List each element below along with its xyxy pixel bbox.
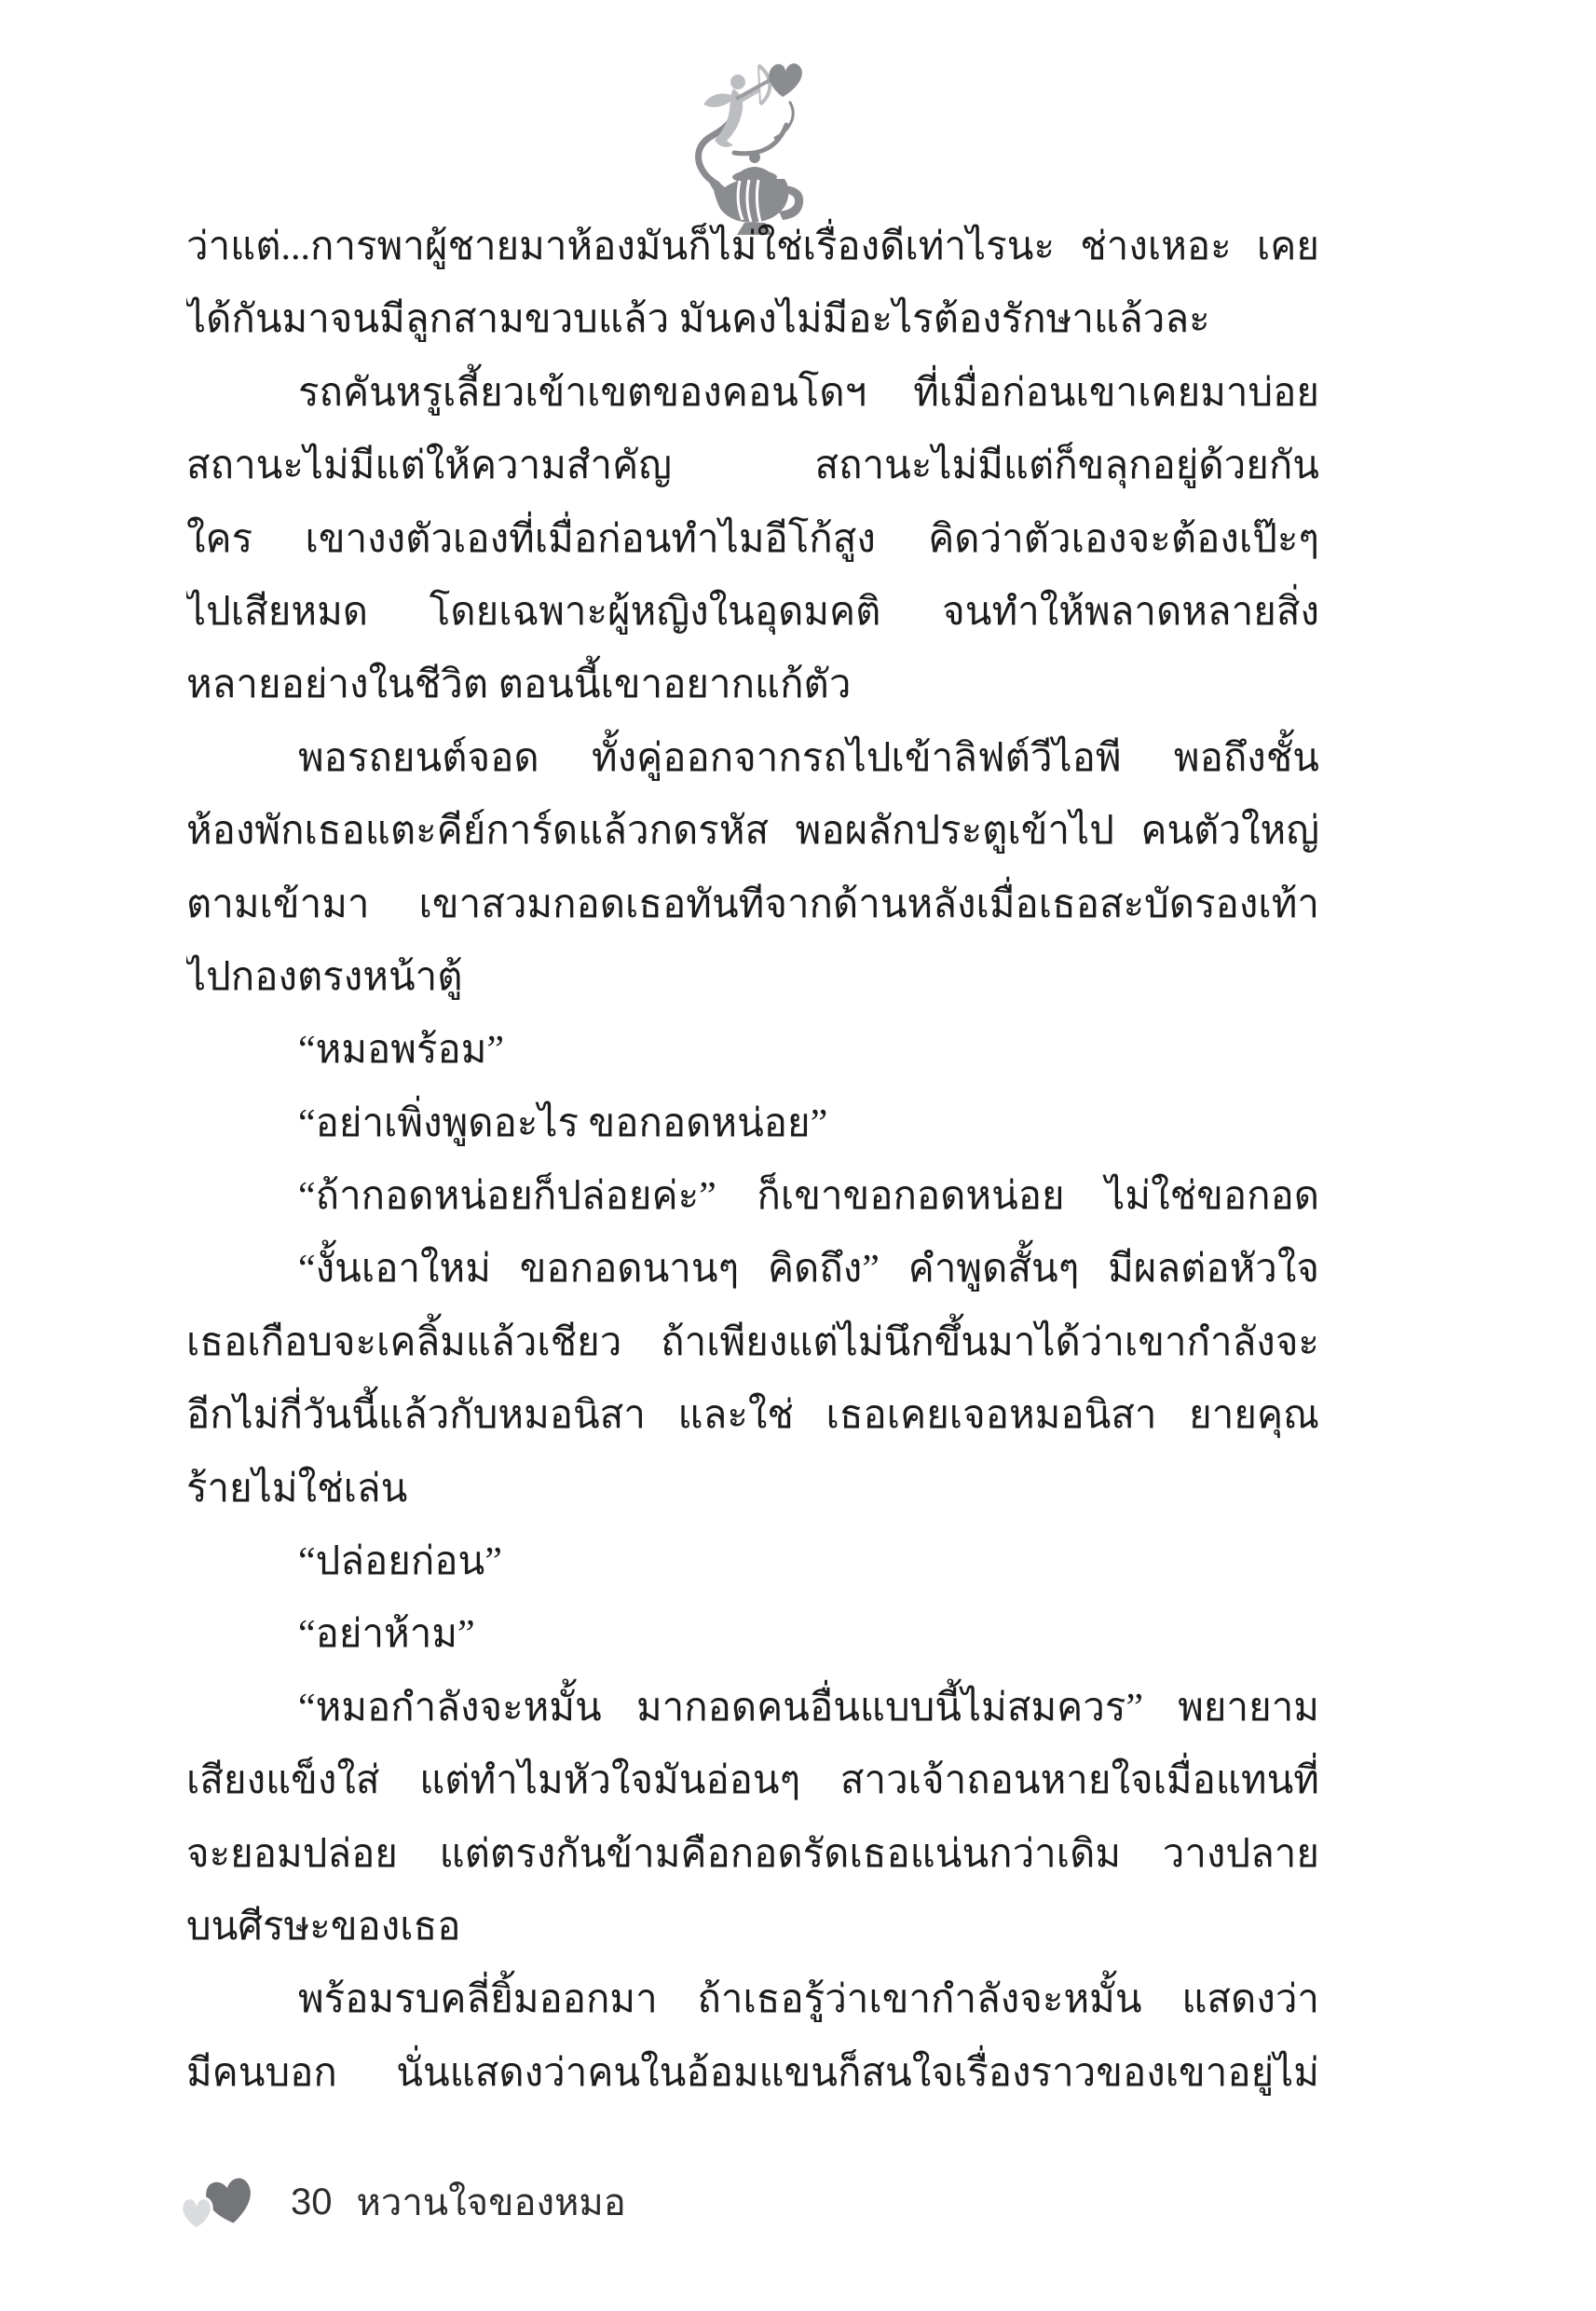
- page-number: 30: [291, 2181, 333, 2223]
- text-line: รถคันหรูเลี้ยวเข้าเขตของคอนโดฯ ที่เมื่อก…: [186, 357, 1319, 430]
- text-line: ห้องพักเธอแตะคีย์การ์ดแล้วกดรหัส พอผลักป…: [186, 795, 1319, 868]
- small-heart-icon: [182, 2198, 211, 2229]
- text-line: “อย่าห้าม”: [186, 1598, 1319, 1671]
- book-title: หวานใจของหมอ: [357, 2172, 626, 2232]
- text-line: พร้อมรบคลี่ยิ้มออกมา ถ้าเธอรู้ว่าเขากำลั…: [186, 1963, 1319, 2036]
- book-page: ว่าแต่...การพาผู้ชายมาห้องมันก็ไม่ใช่เรื…: [0, 0, 1596, 2311]
- text-line: จะยอมปล่อย แต่ตรงกันข้ามคือกอดรัดเธอแน่น…: [186, 1818, 1319, 1891]
- text-line: “หมอพร้อม”: [186, 1014, 1319, 1087]
- text-line: สถานะไม่มีแต่ให้ความสำคัญ สถานะไม่มีแต่ก…: [186, 430, 1319, 502]
- heart-icon: [769, 63, 801, 97]
- text-line: ได้กันมาจนมีลูกสามขวบแล้ว มันคงไม่มีอะไร…: [186, 283, 1319, 356]
- text-line: เธอเกือบจะเคลิ้มแล้วเชียว ถ้าเพียงแต่ไม่…: [186, 1306, 1319, 1379]
- text-line: ร้ายไม่ใช่เล่น: [186, 1453, 1319, 1525]
- text-line: อีกไม่กี่วันนี้แล้วกับหมอนิสา และใช่ เธอ…: [186, 1379, 1319, 1452]
- text-line: “อย่าเพิ่งพูดอะไร ขอกอดหน่อย”: [186, 1087, 1319, 1160]
- text-line: ตามเข้ามา เขาสวมกอดเธอทันทีจากด้านหลังเม…: [186, 868, 1319, 941]
- text-line: “ถ้ากอดหน่อยก็ปล่อยค่ะ” ก็เขาขอกอดหน่อย …: [186, 1160, 1319, 1233]
- text-line: เสียงแข็งใส่ แต่ทำไมหัวใจมันอ่อนๆ สาวเจ้…: [186, 1744, 1319, 1817]
- big-heart-icon: [204, 2177, 255, 2227]
- text-line: ว่าแต่...การพาผู้ชายมาห้องมันก็ไม่ใช่เรื…: [186, 211, 1319, 283]
- page-footer: 30 หวานใจของหมอ: [177, 2171, 626, 2233]
- text-line: ไปเสียหมด โดยเฉพาะผู้หญิงในอุดมคติ จนทำใ…: [186, 576, 1319, 649]
- body-text: ว่าแต่...การพาผู้ชายมาห้องมันก็ไม่ใช่เรื…: [186, 211, 1319, 2110]
- text-line: ใคร เขางงตัวเองที่เมื่อก่อนทำไมอีโก้สูง …: [186, 503, 1319, 576]
- text-line: พอรถยนต์จอด ทั้งคู่ออกจากรถไปเข้าลิฟต์วี…: [186, 722, 1319, 795]
- text-line: ไปกองตรงหน้าตู้: [186, 941, 1319, 1014]
- text-line: “ปล่อยก่อน”: [186, 1525, 1319, 1598]
- two-hearts-icon: [177, 2171, 266, 2233]
- text-line: “งั้นเอาใหม่ ขอกอดนานๆ คิดถึง” คำพูดสั้น…: [186, 1233, 1319, 1306]
- text-line: หลายอย่างในชีวิต ตอนนี้เขาอยากแก้ตัว: [186, 649, 1319, 721]
- text-line: “หมอกำลังจะหมั้น มากอดคนอื่นแบบนี้ไม่สมค…: [186, 1672, 1319, 1744]
- text-line: มีคนบอก นั่นแสดงว่าคนในอ้อมแขนก็สนใจเรื่…: [186, 2037, 1319, 2110]
- text-line: บนศีรษะของเธอ: [186, 1891, 1319, 1963]
